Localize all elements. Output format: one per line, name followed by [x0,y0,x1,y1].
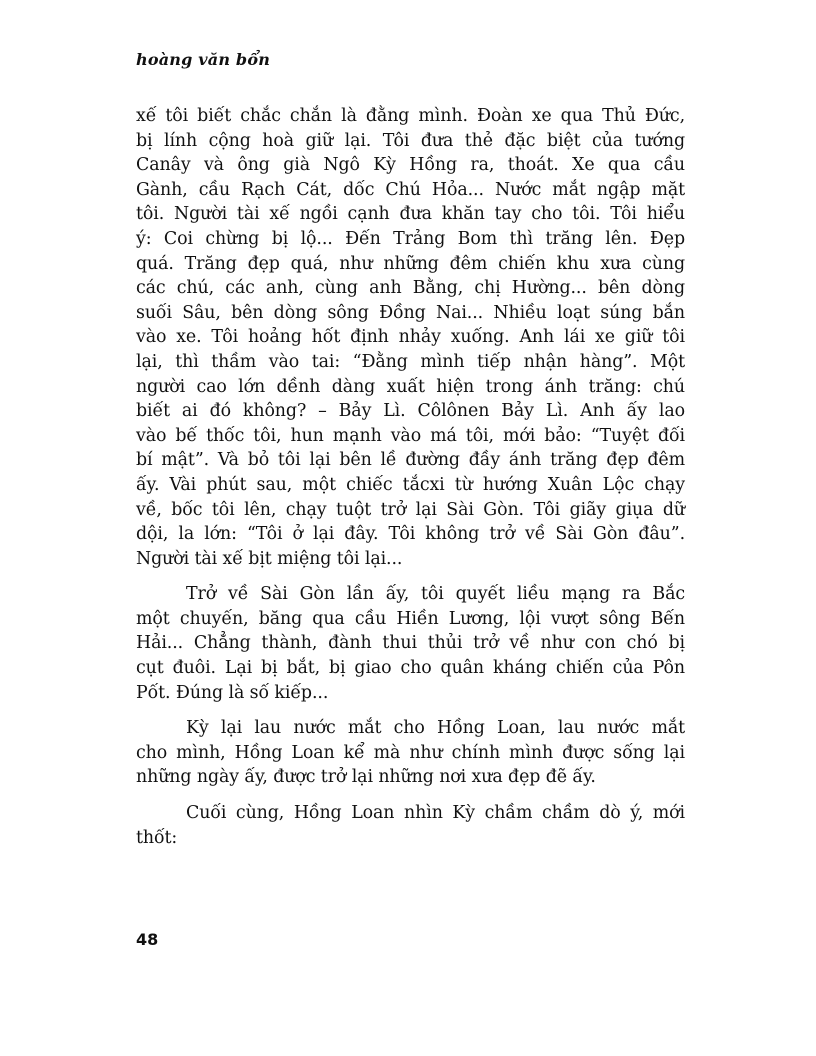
text-line: một chuyến, băng qua cầu Hiền Lương, lội… [136,607,685,632]
paragraph-3: Kỳ lại lau nước mắt cho Hồng Loan, lau n… [136,716,685,790]
text-line: cụt đuôi. Lại bị bắt, bị giao cho quân k… [136,656,685,681]
text-line: thốt: [136,826,685,851]
text-line: bí mật”. Và bỏ tôi lại bên lề đường đầy … [136,448,685,473]
text-line: Hải... Chẳng thành, đành thui thủi trở v… [136,631,685,656]
text-line: vào bế thốc tôi, hun mạnh vào má tôi, mớ… [136,424,685,449]
text-line: ấy. Vài phút sau, một chiếc tắcxi từ hướ… [136,473,685,498]
body-text: xế tôi biết chắc chắn là đằng mình. Đoàn… [136,104,685,850]
text-line: Canây và ông già Ngô Kỳ Hồng ra, thoát. … [136,153,685,178]
page-number: 48 [136,930,158,949]
text-line: Gành, cầu Rạch Cát, dốc Chú Hỏa... Nước … [136,178,685,203]
paragraph-2: Trở về Sài Gòn lần ấy, tôi quyết liều mạ… [136,582,685,705]
text-line: dội, la lớn: “Tôi ở lại đây. Tôi không t… [136,522,685,547]
text-line: Cuối cùng, Hồng Loan nhìn Kỳ chầm chầm d… [136,801,685,826]
running-head: hoàng văn bổn [136,50,270,69]
text-line: Trở về Sài Gòn lần ấy, tôi quyết liều mạ… [136,582,685,607]
text-line: những ngày ấy, được trở lại những nơi xư… [136,765,685,790]
text-line: xế tôi biết chắc chắn là đằng mình. Đoàn… [136,104,685,129]
text-line: cho mình, Hồng Loan kể mà như chính mình… [136,741,685,766]
text-line: suối Sâu, bên dòng sông Đồng Nai... Nhiề… [136,301,685,326]
text-line: Pốt. Đúng là số kiếp... [136,681,685,706]
text-line: biết ai đó không? – Bảy Lì. Côlônen Bảy … [136,399,685,424]
text-line: tôi. Người tài xế ngồi cạnh đưa khăn tay… [136,202,685,227]
paragraph-4: Cuối cùng, Hồng Loan nhìn Kỳ chầm chầm d… [136,801,685,850]
text-line: vào xe. Tôi hoảng hốt định nhảy xuống. A… [136,325,685,350]
text-line: người cao lớn dềnh dàng xuất hiện trong … [136,375,685,400]
text-line: quá. Trăng đẹp quá, như những đêm chiến … [136,252,685,277]
text-line: Kỳ lại lau nước mắt cho Hồng Loan, lau n… [136,716,685,741]
text-line: Người tài xế bịt miệng tôi lại... [136,547,685,572]
text-line: lại, thì thầm vào tai: “Đằng mình tiếp n… [136,350,685,375]
paragraph-1: xế tôi biết chắc chắn là đằng mình. Đoàn… [136,104,685,571]
text-line: các chú, các anh, cùng anh Bằng, chị Hườ… [136,276,685,301]
text-line: về, bốc tôi lên, chạy tuột trở lại Sài G… [136,498,685,523]
text-line: ý: Coi chừng bị lộ... Đến Trảng Bom thì … [136,227,685,252]
text-line: bị lính cộng hoà giữ lại. Tôi đưa thẻ đặ… [136,129,685,154]
